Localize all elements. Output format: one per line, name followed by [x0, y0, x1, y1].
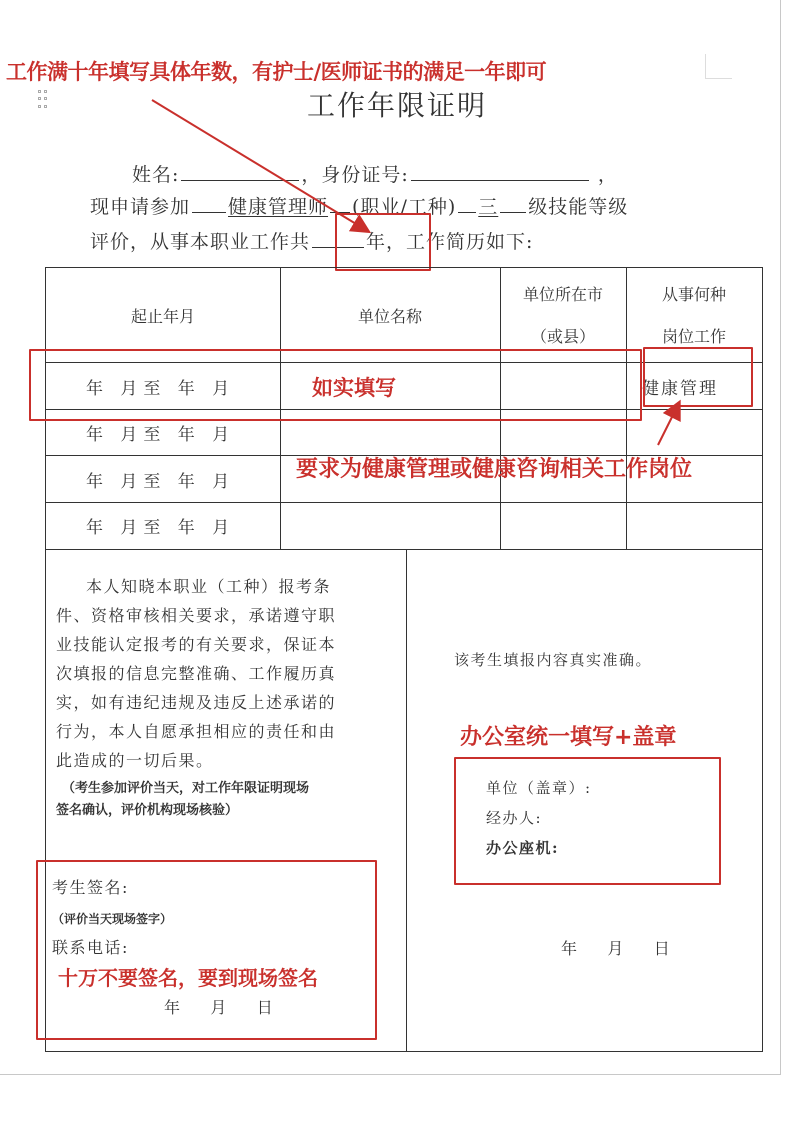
- header-period: 起止年月: [46, 304, 280, 327]
- pledge-text: 本人知晓本职业（工种）报考条 件、资格审核相关要求，承诺遵守职 业技能认定报考的…: [56, 572, 401, 775]
- id-number-field[interactable]: [411, 179, 589, 181]
- verification-date[interactable]: 年 月 日: [561, 934, 672, 963]
- annotation-signature-box: [36, 860, 377, 1040]
- header-city-line2: （或县）: [500, 324, 626, 347]
- header-position-line2: 岗位工作: [626, 324, 762, 347]
- row-divider: [46, 502, 762, 503]
- annotation-years-box: [335, 213, 431, 271]
- name-field[interactable]: [181, 179, 299, 181]
- header-unit-name: 单位名称: [280, 304, 500, 327]
- annotation-office-fill: 办公室统一填写+盖章: [460, 720, 676, 751]
- pledge-note: （考生参加评价当天，对工作年限证明现场 签名确认，评价机构现场核验）: [56, 778, 406, 822]
- level-value[interactable]: 三: [478, 196, 498, 218]
- pledge-line: 本人知晓本职业（工种）报考条: [56, 572, 401, 601]
- pledge-line: 次填报的信息完整准确、工作履历真: [56, 659, 401, 688]
- blank: [500, 211, 526, 213]
- table-row-period[interactable]: 年 月至 年 月: [86, 420, 235, 445]
- header-position-line1: 从事何种: [626, 282, 762, 305]
- pledge-line: 实，如有违纪违规及违反上述承诺的: [56, 688, 401, 717]
- pledge-line: 行为，本人自愿承担相应的责任和由: [56, 717, 401, 746]
- annotation-office-box: [454, 757, 721, 885]
- pledge-note-line: 签名确认，评价机构现场核验）: [56, 800, 406, 822]
- header-city-line1: 单位所在市: [500, 282, 626, 305]
- pledge-line: 件、资格审核相关要求，承诺遵守职: [56, 601, 401, 630]
- id-label: ，身份证号:: [301, 164, 408, 186]
- table-row-period[interactable]: 年 月至 年 月: [86, 513, 235, 538]
- annotation-fill-truthfully: 如实填写: [312, 372, 396, 402]
- blank: [458, 211, 476, 213]
- apply-prefix: 现申请参加: [90, 196, 190, 218]
- intro-line-years: 评价，从事本职业工作共年，工作简历如下:: [90, 227, 533, 254]
- years-prefix: 评价，从事本职业工作共: [90, 231, 310, 253]
- annotation-position-box: [643, 347, 753, 407]
- level-suffix: 级技能等级: [528, 196, 628, 218]
- blank: [192, 211, 226, 213]
- occupation-value[interactable]: 健康管理师: [228, 196, 328, 218]
- annotation-sign-warning: 十万不要签名，要到现场签名: [58, 962, 318, 991]
- pledge-line: 此造成的一切后果。: [56, 746, 401, 775]
- document-title: 工作年限证明: [0, 84, 794, 124]
- table-row-period[interactable]: 年 月至 年 月: [86, 467, 235, 492]
- pledge-note-line: （考生参加评价当天，对工作年限证明现场: [56, 778, 406, 800]
- verification-statement: 该考生填报内容真实准确。: [454, 646, 652, 675]
- line1-tail: ，: [598, 164, 618, 186]
- name-label: 姓名:: [132, 164, 179, 186]
- annotation-position-requirement: 要求为健康管理或健康咨询相关工作岗位: [296, 452, 692, 483]
- row-divider: [46, 549, 762, 550]
- page-corner-mark: [705, 54, 732, 79]
- intro-line-name-id: 姓名:，身份证号: ，: [132, 160, 618, 187]
- bottom-divider: [406, 549, 407, 1051]
- annotation-top-note: 工作满十年填写具体年数，有护士/医师证书的满足一年即可: [6, 56, 546, 86]
- pledge-line: 业技能认定报考的有关要求，保证本: [56, 630, 401, 659]
